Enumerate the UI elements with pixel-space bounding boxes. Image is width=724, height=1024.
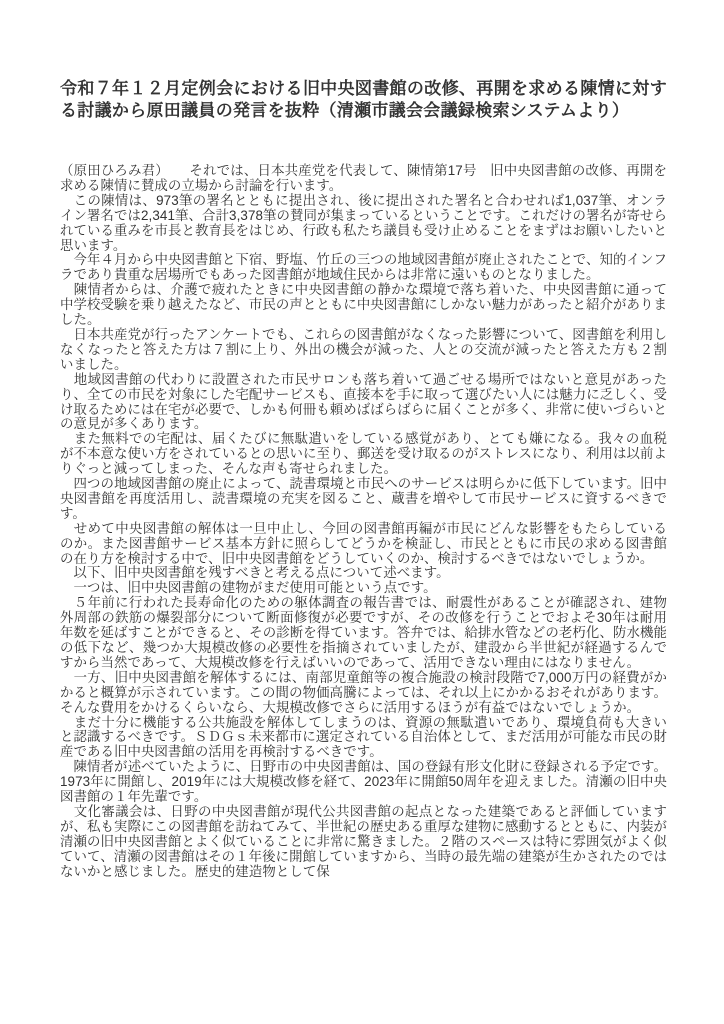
paragraph-citizen-salon-delivery: 地域図書館の代わりに設置された市民サロンも落ち着いて過ごせる場所ではないと意見が… [60,373,667,433]
paragraph-free-delivery-complaints: また無料での宅配は、届くたびに無駄遣いをしている感覚があり、とても嫌になる。我々… [60,432,667,477]
document-title: 令和７年１２月定例会における旧中央図書館の改修、再開を求める陳情に対する討議から… [60,78,667,122]
paragraph-halt-demolition: せめて中央図書館の解体は一旦中止し、今回の図書館再編が市民にどんな影響をもたらし… [60,522,667,567]
paragraph-survey-results: 日本共産党が行ったアンケートでも、これらの図書館がなくなった影響について、図書館… [60,328,667,373]
paragraph-service-decline: 四つの地域図書館の廃止によって、読書環境と市民へのサービスは明らかに低下していま… [60,477,667,522]
paragraph-petitioner-voices: 陳情者からは、介護で疲れたときに中央図書館の静かな環境で落ち着いた、中央図書館に… [60,283,667,328]
paragraph-petition-signatures: この陳情は、973筆の署名とともに提出され、後に提出された署名と合わせれば1,0… [60,194,667,254]
paragraph-structural-survey: ５年前に行われた長寿命化のための躯体調査の報告書では、耐震性があることが確認され… [60,596,667,671]
paragraph-cultural-council: 文化審議会は、日野の中央図書館が現代公共図書館の起点となった建築であると評価して… [60,805,667,880]
paragraph-hino-library: 陳情者が述べていたように、日野市の中央図書館は、国の登録有形文化財に登録される予… [60,760,667,805]
paragraph-sdgs-argument: まだ十分に機能する公共施設を解体してしまうのは、資源の無駄遣いであり、環境負荷も… [60,716,667,761]
document-page: 令和７年１２月定例会における旧中央図書館の改修、再開を求める陳情に対する討議から… [0,0,724,1024]
paragraph-library-closures: 今年４月から中央図書館と下宿、野塩、竹丘の三つの地域図書館が廃止されたことで、知… [60,253,667,283]
document-body: （原田ひろみ君） それでは、日本共産党を代表して、陳情第17号 旧中央図書館の改… [60,164,667,880]
paragraph-demolition-cost: 一方、旧中央図書館を解体するには、南部児童館等の複合施設の検討段階で7,000万… [60,671,667,716]
paragraph-speaker-intro: （原田ひろみ君） それでは、日本共産党を代表して、陳情第17号 旧中央図書館の改… [60,164,667,194]
